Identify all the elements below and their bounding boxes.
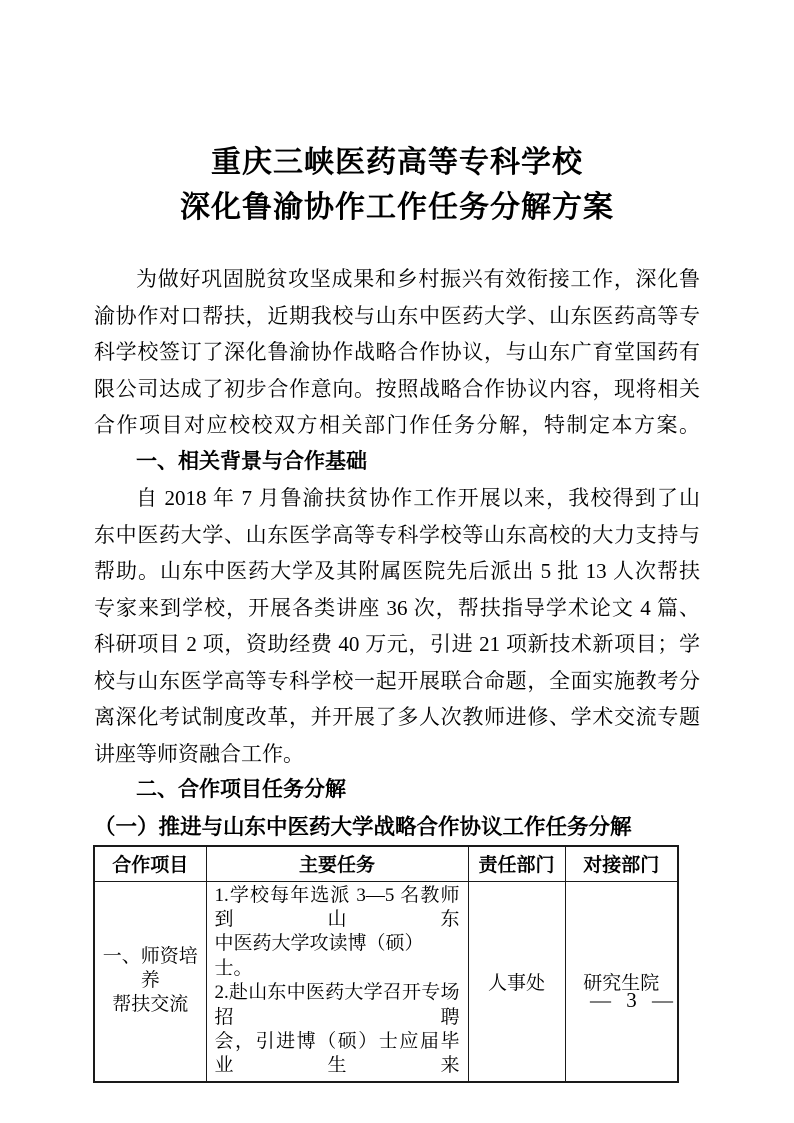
background-paragraph: 自 2018 年 7 月鲁渝扶贫协作工作开展以来，我校得到了山 东中医药大学、山… [94,480,700,772]
background-line: 讲座等师资融合工作。 [94,736,700,773]
intro-line: 科学校签订了深化鲁渝协作战略合作协议，与山东广育堂国药有 [94,334,700,371]
task-line: 1.学校每年选派 3—5 名教师到山东 [215,884,460,933]
section-2-heading: 二、合作项目任务分解 [94,772,700,809]
column-header-tasks: 主要任务 [206,846,468,881]
responsible-dept-cell: 人事处 [468,881,565,1082]
task-line: 2.赴山东中医药大学召开专场招聘 [215,981,460,1030]
task-line: 中医药大学攻读博（硕）士。 [215,932,460,981]
background-line: 东中医药大学、山东医学高等专科学校等山东高校的大力支持与 [94,517,700,554]
section-1-heading: 一、相关背景与合作基础 [94,444,700,481]
project-cell: 一、师资培养 帮扶交流 [94,881,206,1082]
background-line: 科研项目 2 项，资助经费 40 万元，引进 21 项新技术新项目；学 [94,626,700,663]
section-2-subheading: （一）推进与山东中医药大学战略合作协议工作任务分解 [94,809,700,846]
task-line: 会，引进博（硕）士应届毕业生来 [215,1030,460,1079]
task-breakdown-table: 合作项目 主要任务 责任部门 对接部门 一、师资培养 帮扶交流 1.学校每年选派… [93,845,679,1083]
counterpart-dept-cell: 研究生院 [565,881,678,1082]
column-header-responsible: 责任部门 [468,846,565,881]
background-line: 校与山东医学高等专科学校一起开展联合命题，全面实施教考分 [94,663,700,700]
background-line: 专家来到学校，开展各类讲座 36 次，帮扶指导学术论文 4 篇、 [94,590,700,627]
column-header-project: 合作项目 [94,846,206,881]
background-line: 离深化考试制度改革，并开展了多人次教师进修、学术交流专题 [94,699,700,736]
document-page: 重庆三峡医药高等专科学校 深化鲁渝协作工作任务分解方案 为做好巩固脱贫攻坚成果和… [0,0,794,1123]
intro-paragraph: 为做好巩固脱贫攻坚成果和乡村振兴有效衔接工作，深化鲁 渝协作对口帮扶，近期我校与… [94,261,700,444]
document-title: 重庆三峡医药高等专科学校 深化鲁渝协作工作任务分解方案 [94,140,700,230]
table-header-row: 合作项目 主要任务 责任部门 对接部门 [94,846,678,881]
intro-line: 渝协作对口帮扶，近期我校与山东中医药大学、山东医药高等专 [94,298,700,335]
project-line: 帮扶交流 [101,993,200,1017]
table-row: 一、师资培养 帮扶交流 1.学校每年选派 3—5 名教师到山东 中医药大学攻读博… [94,881,678,1082]
tasks-cell-content: 1.学校每年选派 3—5 名教师到山东 中医药大学攻读博（硕）士。 2.赴山东中… [213,884,462,1079]
document-body: 为做好巩固脱贫攻坚成果和乡村振兴有效衔接工作，深化鲁 渝协作对口帮扶，近期我校与… [94,261,700,1083]
page-number: — 3 — [590,988,674,1013]
intro-line: 合作项目对应校校双方相关部门作任务分解，特制定本方案。 [94,407,700,444]
column-header-counterpart: 对接部门 [565,846,678,881]
intro-line: 限公司达成了初步合作意向。按照战略合作协议内容，现将相关 [94,371,700,408]
background-line: 帮助。山东中医药大学及其附属医院先后派出 5 批 13 人次帮扶 [94,553,700,590]
document-title-line2: 深化鲁渝协作工作任务分解方案 [94,185,700,230]
tasks-cell: 1.学校每年选派 3—5 名教师到山东 中医药大学攻读博（硕）士。 2.赴山东中… [206,881,468,1082]
document-title-line1: 重庆三峡医药高等专科学校 [94,140,700,185]
page-content: 重庆三峡医药高等专科学校 深化鲁渝协作工作任务分解方案 为做好巩固脱贫攻坚成果和… [0,0,794,1083]
project-line: 一、师资培养 [101,945,200,994]
background-line: 自 2018 年 7 月鲁渝扶贫协作工作开展以来，我校得到了山 [94,480,700,517]
intro-line: 为做好巩固脱贫攻坚成果和乡村振兴有效衔接工作，深化鲁 [94,261,700,298]
